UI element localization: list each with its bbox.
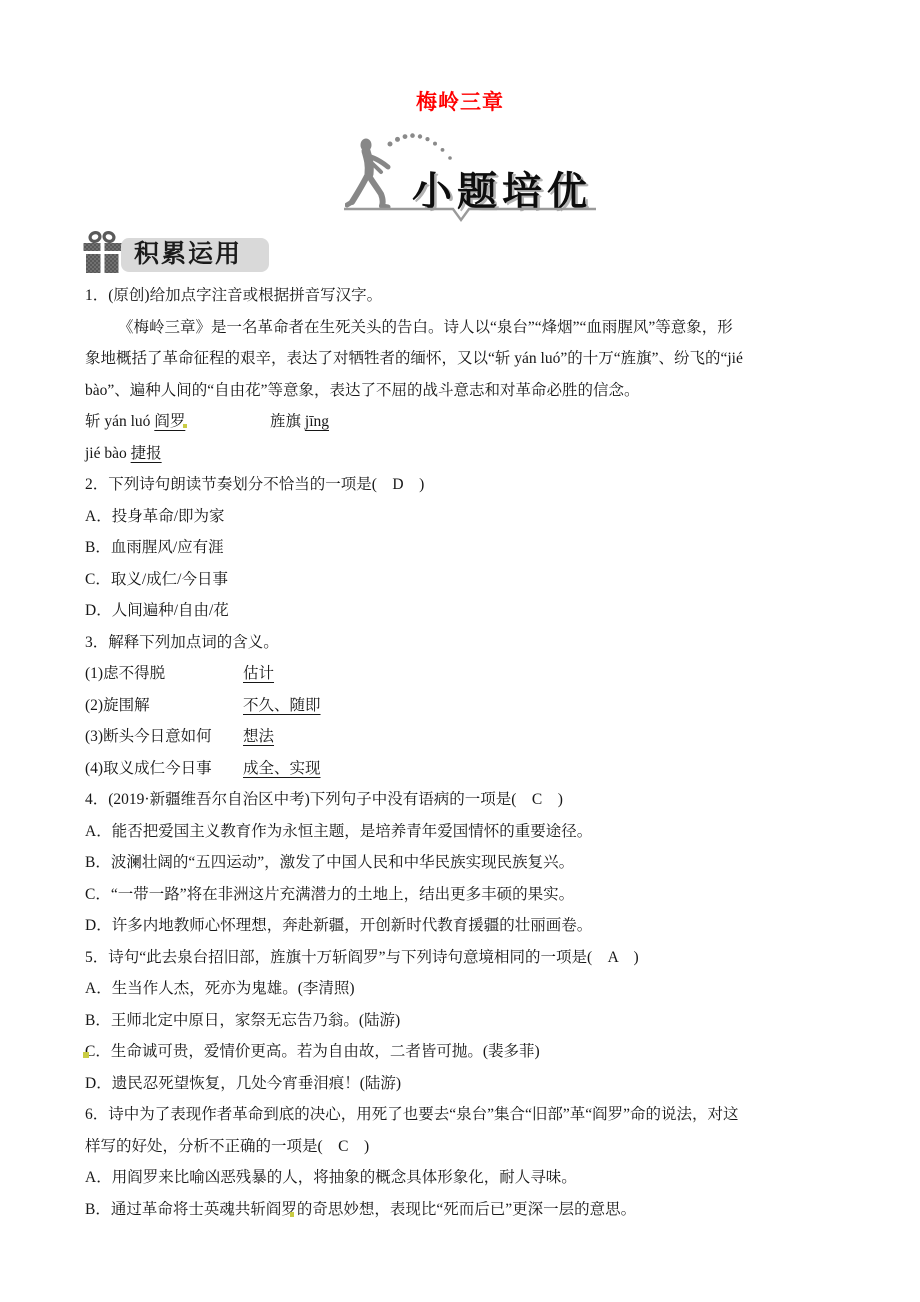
text-segment: A．生当作人杰，死亦为鬼雄。(李清照) [85, 980, 355, 997]
q3-stem: 3．解释下列加点词的含义。 [85, 627, 875, 659]
text-segment: (3)断头今日意如何 [85, 728, 212, 745]
text-segment: (4)取义成仁今日事 [85, 760, 212, 777]
q5-option-c: C．生命诚可贵，爱情价更高。若为自由故，二者皆可抛。(裴多菲) [85, 1036, 875, 1068]
artifact-mark [183, 424, 187, 428]
line-text: (3)断头今日意如何 [85, 728, 212, 745]
line-text: 斩 yán luó 阎罗 [85, 413, 185, 430]
text-segment: 2．下列诗句朗读节奏划分不恰当的一项是( D ) [85, 476, 424, 493]
text-segment: A．能否把爱国主义教育作为永恒主题，是培养青年爱国情怀的重要途径。 [85, 823, 592, 840]
text-segment: bào”、遍种人间的“自由花”等意象，表达了不屈的战斗意志和对革命必胜的信念。 [85, 382, 640, 399]
q3-item-3: (3)断头今日意如何想法 [85, 721, 875, 753]
answer-column: 想法 [243, 721, 274, 753]
line-text: 《梅岭三章》是一名革命者在生死关头的告白。诗人以“泉台”“烽烟”“血雨腥风”等意… [118, 319, 733, 336]
underlined-answer: 阎罗 [154, 413, 185, 430]
text-segment: 象地概括了革命征程的艰辛，表达了对牺牲者的缅怀，又以“斩 yán luó”的十万… [85, 350, 743, 367]
line-text: B．波澜壮阔的“五四运动”，激发了中国人民和中华民族实现民族复兴。 [85, 854, 574, 871]
text-segment: 4．(2019·新疆维吾尔自治区中考)下列句子中没有语病的一项是( C ) [85, 791, 563, 808]
line-text: D．遗民忍死望恢复，几处今宵垂泪痕！(陆游) [85, 1075, 401, 1092]
text-segment: C．取义/成仁/今日事 [85, 571, 228, 588]
text-segment: D．遗民忍死望恢复，几处今宵垂泪痕！(陆游) [85, 1075, 401, 1092]
underlined-answer: 估计 [243, 665, 274, 682]
q2-option-a: A．投身革命/即为家 [85, 501, 875, 533]
line-text: D．人间遍种/自由/花 [85, 602, 229, 619]
text-segment: 斩 yán luó [85, 413, 154, 430]
q3-item-1: (1)虑不得脱估计 [85, 658, 875, 690]
line-text: C．取义/成仁/今日事 [85, 571, 228, 588]
text-segment: (1)虑不得脱 [85, 665, 165, 682]
line-text: B．王师北定中原日，家祭无忘告乃翁。(陆游) [85, 1012, 400, 1029]
line-text: A．能否把爱国主义教育作为永恒主题，是培养青年爱国情怀的重要途径。 [85, 823, 592, 840]
text-segment: jié bào [85, 445, 131, 462]
line-text: 1．(原创)给加点字注音或根据拼音写汉字。 [85, 287, 382, 304]
q2-option-d: D．人间遍种/自由/花 [85, 595, 875, 627]
line-text: 2．下列诗句朗读节奏划分不恰当的一项是( D ) [85, 476, 424, 493]
underlined-answer: 不久、随即 [243, 697, 321, 714]
q1-answer-line1: 斩 yán luó 阎罗旌旗 jīng [85, 406, 875, 438]
text-segment: A．用阎罗来比喻凶恶残暴的人，将抽象的概念具体形象化，耐人寻味。 [85, 1169, 577, 1186]
text-segment: B．波澜壮阔的“五四运动”，激发了中国人民和中华民族实现民族复兴。 [85, 854, 574, 871]
section-title: 积累运用 [121, 238, 269, 271]
line-text: 样写的好处，分析不正确的一项是( C ) [85, 1138, 369, 1155]
q1-passage-line1: 《梅岭三章》是一名革命者在生死关头的告白。诗人以“泉台”“烽烟”“血雨腥风”等意… [85, 312, 875, 344]
q1-answer-line2: jié bào 捷报 [85, 438, 875, 470]
line-text: 象地概括了革命征程的艰辛，表达了对牺牲者的缅怀，又以“斩 yán luó”的十万… [85, 350, 743, 367]
q4-option-d: D．许多内地教师心怀理想，奔赴新疆，开创新时代教育援疆的壮丽画卷。 [85, 910, 875, 942]
q2-stem: 2．下列诗句朗读节奏划分不恰当的一项是( D ) [85, 469, 875, 501]
line-text: 3．解释下列加点词的含义。 [85, 634, 279, 651]
worksheet-body: 1．(原创)给加点字注音或根据拼音写汉字。《梅岭三章》是一名革命者在生死关头的告… [85, 280, 875, 1225]
q3-item-4: (4)取义成仁今日事成全、实现 [85, 753, 875, 785]
q5-stem: 5．诗句“此去泉台招旧部，旌旗十万斩阎罗”与下列诗句意境相同的一项是( A ) [85, 942, 875, 974]
underlined-answer: 成全、实现 [243, 760, 321, 777]
text-segment: 6．诗中为了表现作者革命到底的决心，用死了也要去“泉台”集合“旧部”革“阎罗”命… [85, 1106, 739, 1123]
q4-option-c: C．“一带一路”将在非洲这片充满潜力的土地上，结出更多丰硕的果实。 [85, 879, 875, 911]
q5-option-b: B．王师北定中原日，家祭无忘告乃翁。(陆游) [85, 1005, 875, 1037]
q6-stem-line1: 6．诗中为了表现作者革命到底的决心，用死了也要去“泉台”集合“旧部”革“阎罗”命… [85, 1099, 875, 1131]
underlined-answer: 捷报 [131, 445, 162, 462]
logo-underline-icon [340, 206, 602, 224]
line-text: (4)取义成仁今日事 [85, 760, 212, 777]
q4-option-b: B．波澜壮阔的“五四运动”，激发了中国人民和中华民族实现民族复兴。 [85, 847, 875, 879]
q2-option-c: C．取义/成仁/今日事 [85, 564, 875, 596]
line-text: jié bào 捷报 [85, 445, 162, 462]
answer-column: 成全、实现 [243, 753, 321, 785]
line-text: C．生命诚可贵，爱情价更高。若为自由故，二者皆可抛。(裴多菲) [85, 1043, 540, 1060]
q1-passage-line3: bào”、遍种人间的“自由花”等意象，表达了不屈的战斗意志和对革命必胜的信念。 [85, 375, 875, 407]
line-text: (2)旋围解 [85, 697, 150, 714]
line-text: 5．诗句“此去泉台招旧部，旌旗十万斩阎罗”与下列诗句意境相同的一项是( A ) [85, 949, 639, 966]
text-segment: 1．(原创)给加点字注音或根据拼音写汉字。 [85, 287, 382, 304]
text-segment: D．人间遍种/自由/花 [85, 602, 229, 619]
text-segment: 《梅岭三章》是一名革命者在生死关头的告白。诗人以“泉台”“烽烟”“血雨腥风”等意… [118, 319, 733, 336]
line-text: bào”、遍种人间的“自由花”等意象，表达了不屈的战斗意志和对革命必胜的信念。 [85, 382, 640, 399]
q6-option-a: A．用阎罗来比喻凶恶残暴的人，将抽象的概念具体形象化，耐人寻味。 [85, 1162, 875, 1194]
worksheet-page: 梅岭三章 小题培优 [0, 0, 920, 1302]
underlined-answer: jīng [305, 413, 329, 430]
text-segment: B．通过革命将士英魂共斩阎罗的奇思妙想，表现比“死而后已”更深一层的意思。 [85, 1201, 636, 1218]
text-segment: B．血雨腥风/应有涯 [85, 539, 224, 556]
page-title: 梅岭三章 [0, 86, 920, 116]
q6-stem-line2: 样写的好处，分析不正确的一项是( C ) [85, 1131, 875, 1163]
text-segment: (2)旋围解 [85, 697, 150, 714]
q1-passage-line2: 象地概括了革命征程的艰辛，表达了对牺牲者的缅怀，又以“斩 yán luó”的十万… [85, 343, 875, 375]
gift-icon [82, 230, 123, 274]
q4-option-a: A．能否把爱国主义教育作为永恒主题，是培养青年爱国情怀的重要途径。 [85, 816, 875, 848]
line-text: 4．(2019·新疆维吾尔自治区中考)下列句子中没有语病的一项是( C ) [85, 791, 563, 808]
q2-option-b: B．血雨腥风/应有涯 [85, 532, 875, 564]
text-segment: B．王师北定中原日，家祭无忘告乃翁。(陆游) [85, 1012, 400, 1029]
underlined-answer: 想法 [243, 728, 274, 745]
section-banner: 积累运用 [121, 238, 269, 272]
line-text: B．通过革命将士英魂共斩阎罗的奇思妙想，表现比“死而后已”更深一层的意思。 [85, 1201, 636, 1218]
line-text: A．生当作人杰，死亦为鬼雄。(李清照) [85, 980, 355, 997]
text-segment: C．生命诚可贵，爱情价更高。若为自由故，二者皆可抛。(裴多菲) [85, 1043, 540, 1060]
q5-option-a: A．生当作人杰，死亦为鬼雄。(李清照) [85, 973, 875, 1005]
line-text: 6．诗中为了表现作者革命到底的决心，用死了也要去“泉台”集合“旧部”革“阎罗”命… [85, 1106, 739, 1123]
line-text: (1)虑不得脱 [85, 665, 165, 682]
answer-column: 不久、随即 [243, 690, 321, 722]
line-text: A．用阎罗来比喻凶恶残暴的人，将抽象的概念具体形象化，耐人寻味。 [85, 1169, 577, 1186]
answer-column: 估计 [243, 658, 274, 690]
q1-stem: 1．(原创)给加点字注音或根据拼音写汉字。 [85, 280, 875, 312]
line-text: B．血雨腥风/应有涯 [85, 539, 224, 556]
q4-stem: 4．(2019·新疆维吾尔自治区中考)下列句子中没有语病的一项是( C ) [85, 784, 875, 816]
martial-artist-icon [345, 136, 415, 208]
logo-banner: 小题培优 [340, 120, 602, 228]
q5-option-d: D．遗民忍死望恢复，几处今宵垂泪痕！(陆游) [85, 1068, 875, 1100]
text-segment: C．“一带一路”将在非洲这片充满潜力的土地上，结出更多丰硕的果实。 [85, 886, 574, 903]
text-segment: 样写的好处，分析不正确的一项是( C ) [85, 1138, 369, 1155]
text-segment: D．许多内地教师心怀理想，奔赴新疆，开创新时代教育援疆的壮丽画卷。 [85, 917, 592, 934]
text-segment: A．投身革命/即为家 [85, 508, 225, 525]
answer-column: 旌旗 jīng [270, 406, 329, 438]
q6-option-b: B．通过革命将士英魂共斩阎罗的奇思妙想，表现比“死而后已”更深一层的意思。 [85, 1194, 875, 1226]
line-text: A．投身革命/即为家 [85, 508, 225, 525]
line-text: D．许多内地教师心怀理想，奔赴新疆，开创新时代教育援疆的壮丽画卷。 [85, 917, 592, 934]
text-segment: 旌旗 [270, 413, 305, 430]
q3-item-2: (2)旋围解不久、随即 [85, 690, 875, 722]
text-segment: 3．解释下列加点词的含义。 [85, 634, 279, 651]
artifact-mark [83, 1052, 89, 1058]
artifact-mark [290, 1212, 294, 1217]
line-text: C．“一带一路”将在非洲这片充满潜力的土地上，结出更多丰硕的果实。 [85, 886, 574, 903]
text-segment: 5．诗句“此去泉台招旧部，旌旗十万斩阎罗”与下列诗句意境相同的一项是( A ) [85, 949, 639, 966]
